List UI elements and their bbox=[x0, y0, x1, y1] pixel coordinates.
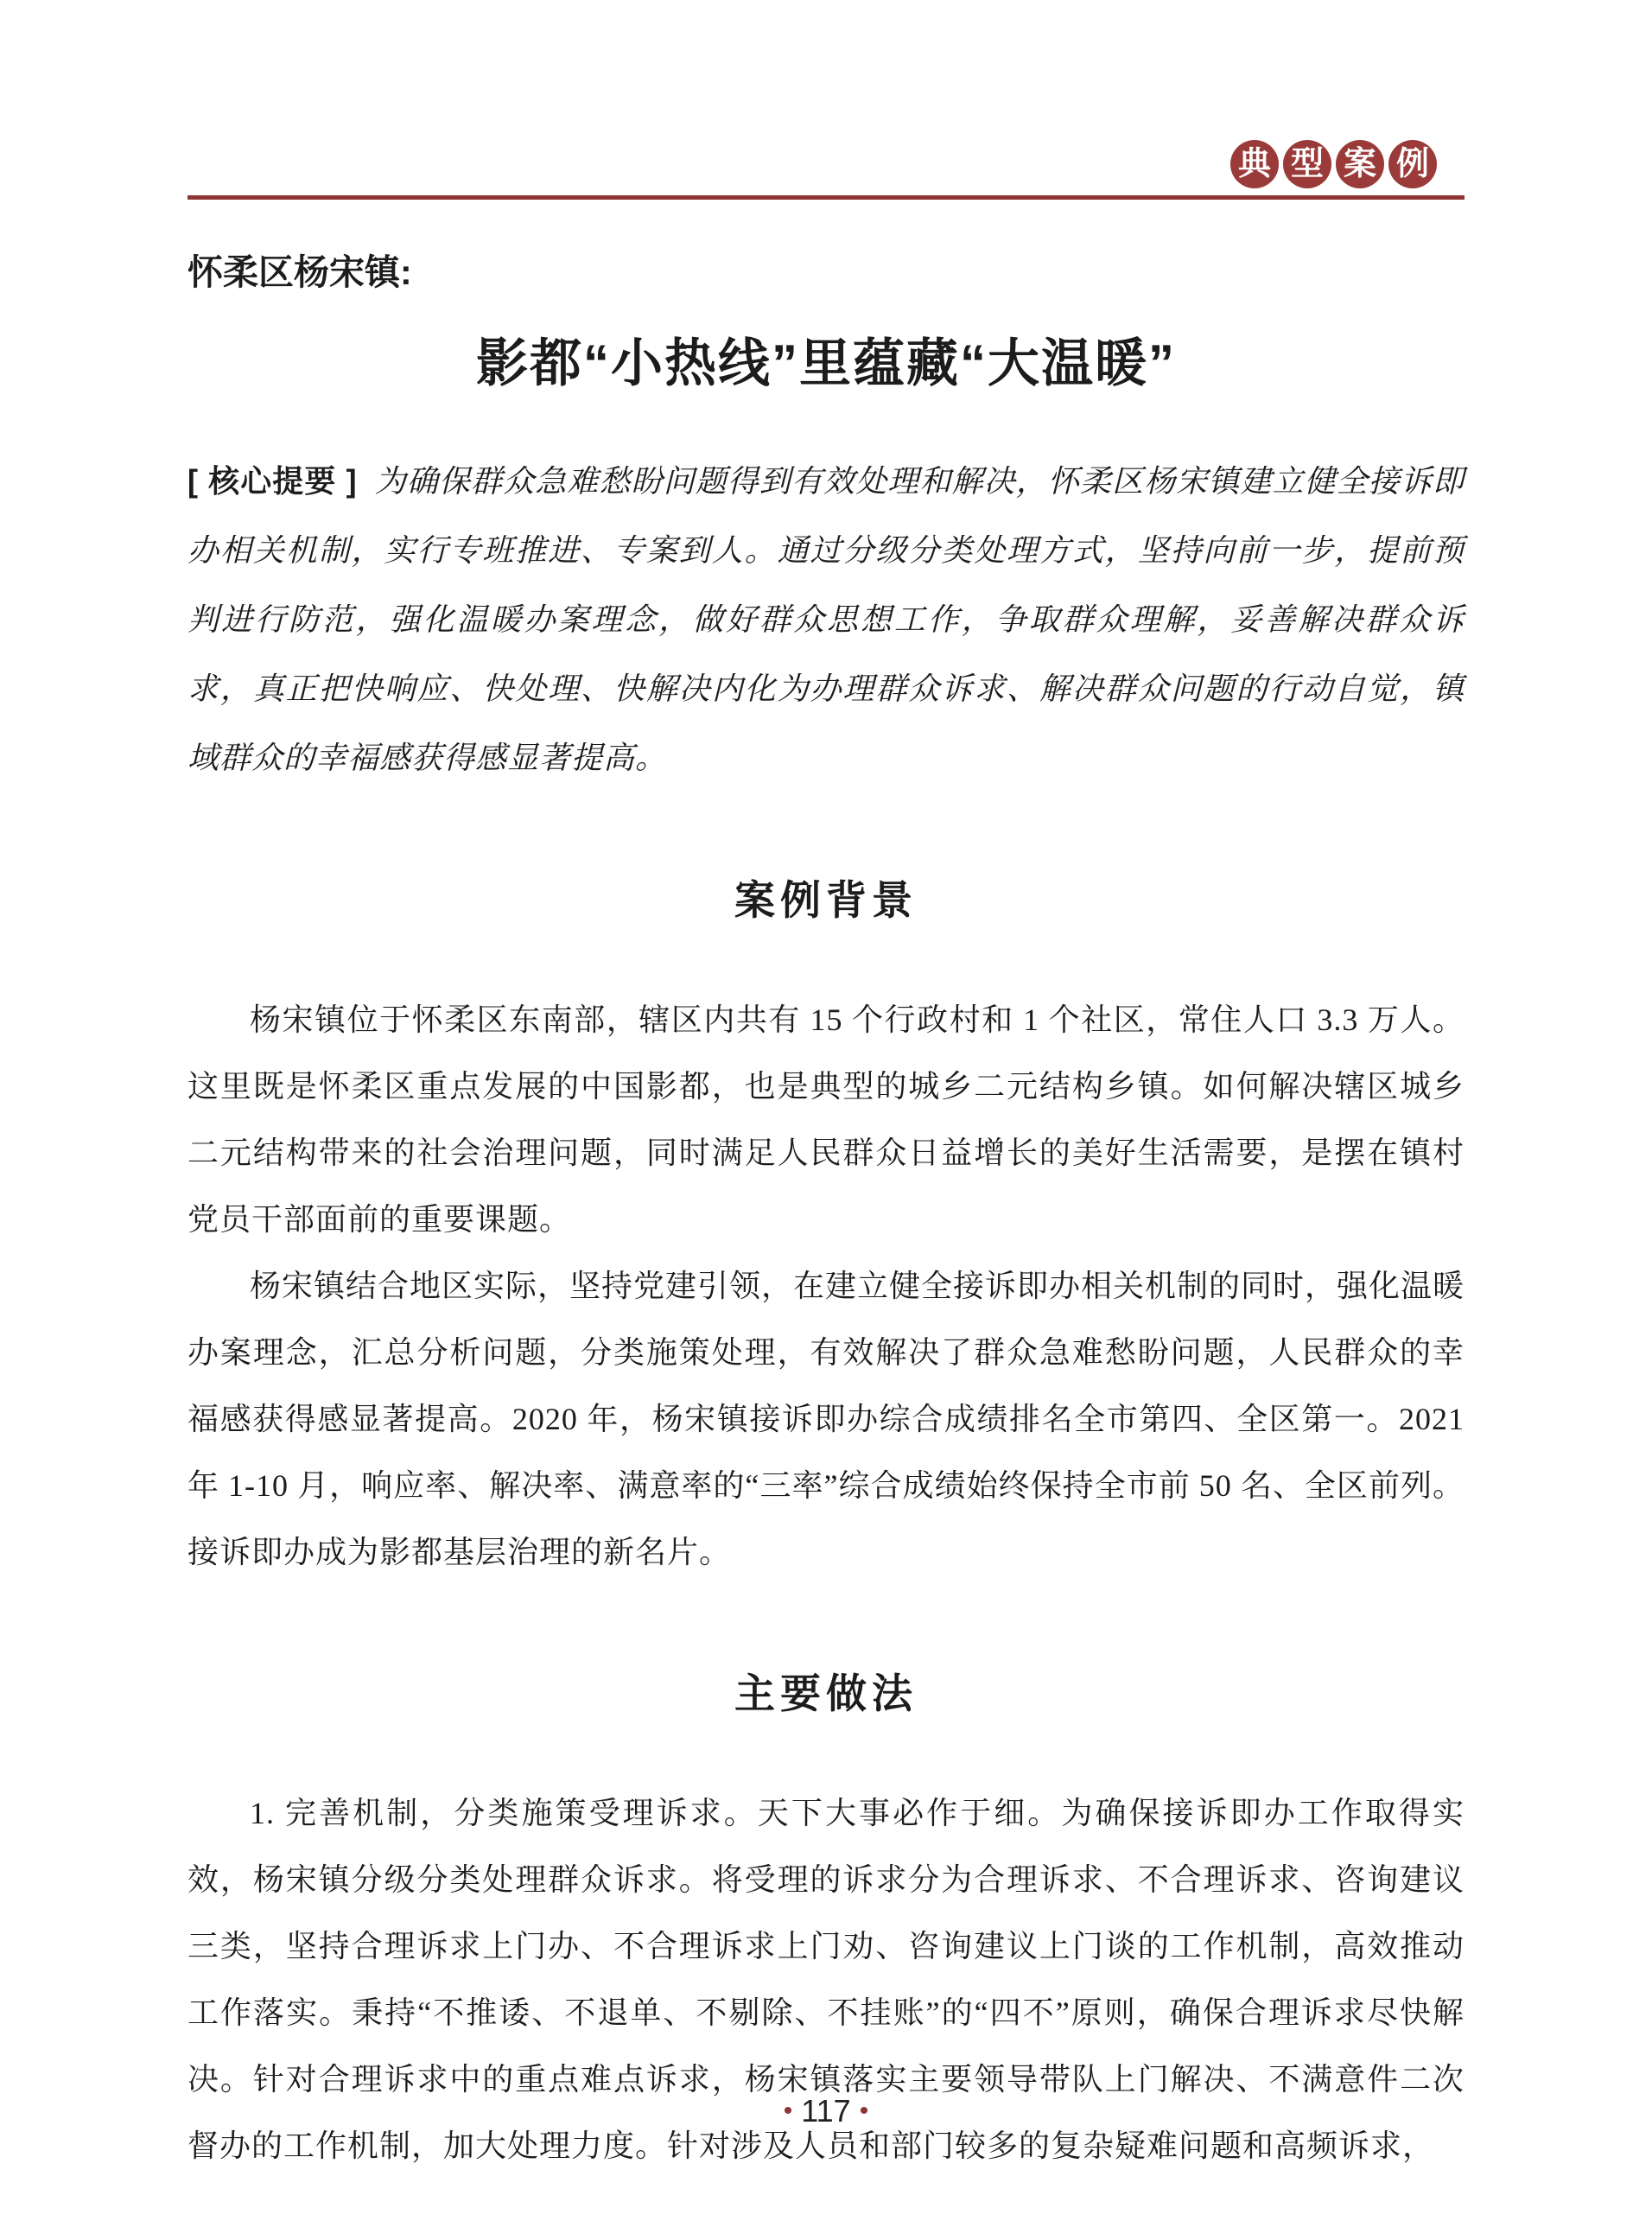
article-kicker: 怀柔区杨宋镇: bbox=[187, 251, 1465, 294]
paragraph-background-1: 杨宋镇位于怀柔区东南部，辖区内共有 15 个行政村和 1 个社区，常住人口 3.… bbox=[187, 987, 1465, 1253]
section-heading-background: 案例背景 bbox=[187, 869, 1465, 926]
core-summary-label: [ 核心提要 ] bbox=[187, 463, 358, 499]
page-number-value: 117 bbox=[801, 2093, 850, 2129]
core-summary: [ 核心提要 ] 为确保群众急难愁盼问题得到有效处理和解决，怀柔区杨宋镇建立健全… bbox=[187, 447, 1465, 792]
paragraph-background-2: 杨宋镇结合地区实际，坚持党建引领，在建立健全接诉即办相关机制的同时，强化温暖办案… bbox=[187, 1253, 1465, 1586]
page-number-right-dot-icon: • bbox=[860, 2098, 869, 2124]
header-badge: 典 型 案 例 bbox=[1230, 140, 1437, 188]
page-number-left-dot-icon: • bbox=[784, 2098, 793, 2124]
badge-circle-char-2: 型 bbox=[1283, 140, 1331, 188]
badge-circle-char-4: 例 bbox=[1388, 140, 1437, 188]
page-header: 典 型 案 例 bbox=[187, 0, 1465, 200]
page-footer: • 117 • bbox=[0, 2093, 1652, 2129]
badge-circle-char-1: 典 bbox=[1230, 140, 1279, 188]
article-title: 影都“小热线”里蕴藏“大温暖” bbox=[187, 334, 1465, 393]
core-summary-text: 为确保群众急难愁盼问题得到有效处理和解决，怀柔区杨宋镇建立健全接诉即办相关机制，… bbox=[187, 464, 1465, 775]
section-heading-practices: 主要做法 bbox=[187, 1662, 1465, 1720]
page-number: • 117 • bbox=[784, 2093, 868, 2129]
document-page: 典 型 案 例 怀柔区杨宋镇: 影都“小热线”里蕴藏“大温暖” [ 核心提要 ]… bbox=[0, 0, 1652, 2240]
header-rule bbox=[187, 195, 1465, 200]
article: 怀柔区杨宋镇: 影都“小热线”里蕴藏“大温暖” [ 核心提要 ] 为确保群众急难… bbox=[187, 251, 1465, 2180]
badge-circle-char-3: 案 bbox=[1336, 140, 1384, 188]
